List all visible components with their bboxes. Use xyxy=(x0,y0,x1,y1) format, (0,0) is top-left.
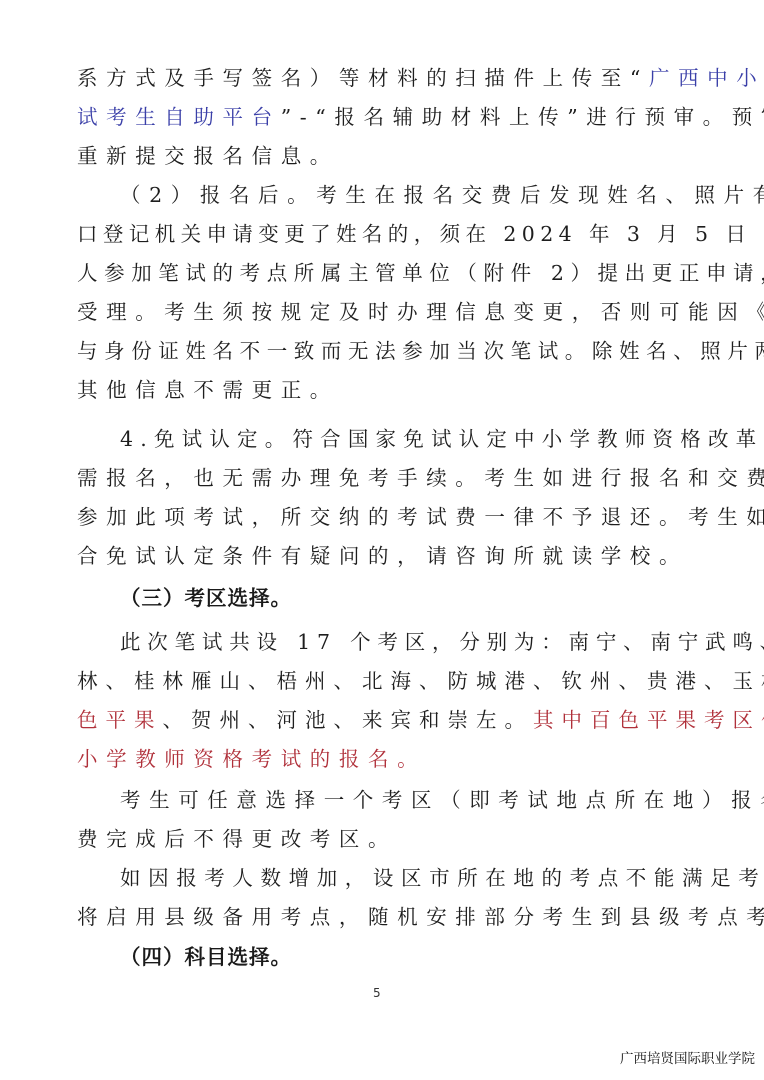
text-segment: ”-“报名辅助材料上传”进行预审。预审通过后须 xyxy=(281,105,764,129)
highlight-text: 小学教师资格考试的报名。 xyxy=(77,747,426,771)
text-segment: 如因报考人数增加，设区市所在地的考点不能满足考生考试需求， xyxy=(120,866,764,890)
paragraph-line: 需报名，也无需办理免考手续。考生如进行报名和交费，则视为自愿 xyxy=(77,463,689,493)
paragraph-line: 受理。考生须按规定及时办理信息变更，否则可能因《准考证》姓名 xyxy=(77,297,689,327)
paragraph-line: 小学教师资格考试的报名。 xyxy=(77,744,689,774)
text-segment: 4.免试认定。符合国家免试认定中小学教师资格改革的师范生无 xyxy=(120,427,764,451)
text-segment: 系方式及手写签名）等材料的扫描件上传至“ xyxy=(77,66,649,90)
text-segment: 与身份证姓名不一致而无法参加当次笔试。除姓名、照片两项信息外， xyxy=(77,339,764,363)
paragraph-line: 4.免试认定。符合国家免试认定中小学教师资格改革的师范生无 xyxy=(120,424,690,454)
paragraph-line: 系方式及手写签名）等材料的扫描件上传至“广西中小学教师资格考 xyxy=(77,63,689,93)
text-segment: 需报名，也无需办理免考手续。考生如进行报名和交费，则视为自愿 xyxy=(77,466,764,490)
platform-name-link-text: 试考生自助平台 xyxy=(77,105,281,129)
text-segment: 、贺州、河池、来宾和崇左。 xyxy=(163,708,534,732)
paragraph-line: 如因报考人数增加，设区市所在地的考点不能满足考生考试需求， xyxy=(120,863,690,893)
text-segment: 口登记机关申请变更了姓名的，须在 2024 年 3 月 5 日 17：00 前向… xyxy=(77,222,764,246)
text-segment: 考生可任意选择一个考区（即考试地点所在地）报名，但报名交 xyxy=(120,788,764,812)
paragraph-line: 人参加笔试的考点所属主管单位（附件 2）提出更正申请，逾期不予 xyxy=(77,258,689,288)
text-segment: 林、桂林雁山、梧州、北海、防城港、钦州、贵港、玉林、百色、 xyxy=(77,669,764,693)
footer-watermark: 广西培贤国际职业学院 xyxy=(620,1047,755,1067)
paragraph-line: 费完成后不得更改考区。 xyxy=(77,824,689,854)
text-segment: 费完成后不得更改考区。 xyxy=(77,827,397,851)
paragraph-line: 此次笔试共设 17 个考区，分别为：南宁、南宁武鸣、柳州、桂 xyxy=(120,627,690,657)
section-heading: （三）考区选择。 xyxy=(120,583,690,613)
paragraph-line: 与身份证姓名不一致而无法参加当次笔试。除姓名、照片两项信息外， xyxy=(77,336,689,366)
paragraph-line: 考生可任意选择一个考区（即考试地点所在地）报名，但报名交 xyxy=(120,785,690,815)
paragraph-line: 其他信息不需更正。 xyxy=(77,375,689,405)
heading-text: （四）科目选择。 xyxy=(120,945,292,969)
text-segment: 受理。考生须按规定及时办理信息变更，否则可能因《准考证》姓名 xyxy=(77,300,764,324)
text-segment: 其他信息不需更正。 xyxy=(77,378,339,402)
highlight-text: 其中百色平果考区仅接受幼儿园、 xyxy=(533,708,764,732)
text-segment: 此次笔试共设 17 个考区，分别为：南宁、南宁武鸣、柳州、桂 xyxy=(120,630,764,654)
heading-text: （三）考区选择。 xyxy=(120,586,292,610)
paragraph-line: 将启用县级备用考点，随机安排部分考生到县级考点考试。 xyxy=(77,902,689,932)
text-segment: 将启用县级备用考点，随机安排部分考生到县级考点考试。 xyxy=(77,905,764,929)
highlight-text: 色平果 xyxy=(77,708,163,732)
paragraph-line: 试考生自助平台”-“报名辅助材料上传”进行预审。预审通过后须 xyxy=(77,102,689,132)
paragraph-line: 参加此项考试，所交纳的考试费一律不予退还。考生如对自身是否符 xyxy=(77,502,689,532)
paragraph-line: 林、桂林雁山、梧州、北海、防城港、钦州、贵港、玉林、百色、百 xyxy=(77,666,689,696)
platform-name-link-text: 广西中小学教师资格考 xyxy=(649,66,764,90)
paragraph-line: 合免试认定条件有疑问的，请咨询所就读学校。 xyxy=(77,541,689,571)
document-page: 系方式及手写签名）等材料的扫描件上传至“广西中小学教师资格考 试考生自助平台”-… xyxy=(0,0,764,1080)
paragraph-line: （2）报名后。考生在报名交费后发现姓名、照片有误或是向户 xyxy=(120,180,690,210)
paragraph-line: 重新提交报名信息。 xyxy=(77,141,689,171)
text-segment: 重新提交报名信息。 xyxy=(77,144,339,168)
text-segment: （2）报名后。考生在报名交费后发现姓名、照片有误或是向户 xyxy=(120,183,764,207)
text-segment: 人参加笔试的考点所属主管单位（附件 2）提出更正申请，逾期不予 xyxy=(77,261,764,285)
paragraph-line: 口登记机关申请变更了姓名的，须在 2024 年 3 月 5 日 17：00 前向… xyxy=(77,219,689,249)
text-segment: 合免试认定条件有疑问的，请咨询所就读学校。 xyxy=(77,544,688,568)
section-heading: （四）科目选择。 xyxy=(120,942,690,972)
text-segment: 参加此项考试，所交纳的考试费一律不予退还。考生如对自身是否符 xyxy=(77,505,764,529)
paragraph-line: 色平果、贺州、河池、来宾和崇左。其中百色平果考区仅接受幼儿园、 xyxy=(77,705,689,735)
page-number: 5 xyxy=(373,986,381,1000)
